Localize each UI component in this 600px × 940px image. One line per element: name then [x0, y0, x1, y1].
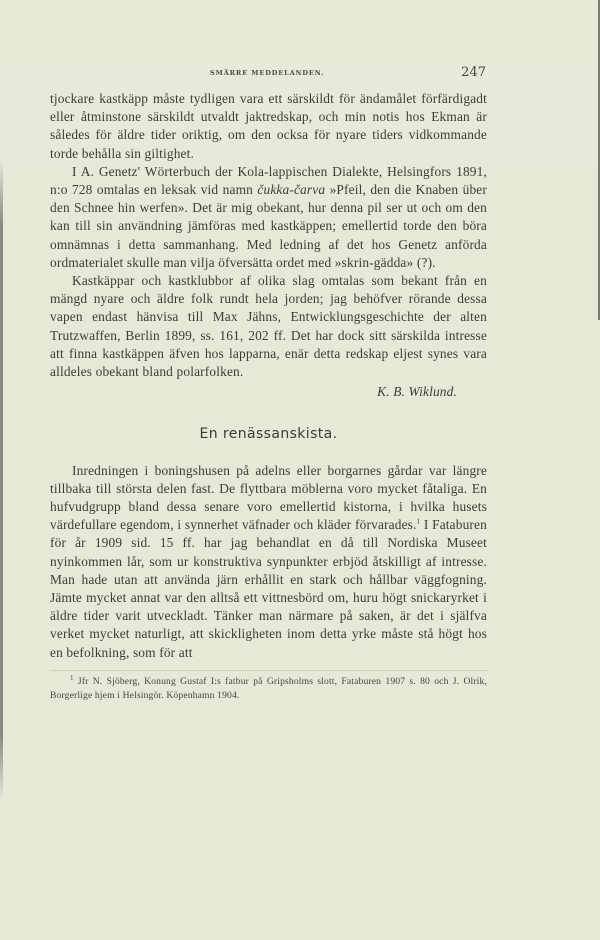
section-title: En renässanskista.	[50, 425, 487, 443]
author-signature: K. B. Wiklund.	[50, 383, 487, 401]
footnote-divider	[50, 670, 487, 671]
footnote-item: 1 Jfr N. Sjöberg, Konung Gustaf I:s fatb…	[50, 675, 487, 703]
footnotes: 1 Jfr N. Sjöberg, Konung Gustaf I:s fatb…	[50, 675, 487, 703]
italic-term: čukka-čarva	[257, 182, 325, 197]
paragraph-continuation: tjockare kastkäpp måste tydligen vara et…	[50, 90, 487, 163]
footnote-text: Jfr N. Sjöberg, Konung Gustaf I:s fatbur…	[50, 676, 487, 701]
paragraph-inredningen: Inredningen i boningshusen på adelns ell…	[50, 462, 487, 662]
running-head: SMÄRRE MEDDELANDEN.	[210, 69, 324, 77]
page-number: 247	[461, 65, 486, 80]
paragraph-genetz: I A. Genetz' Wörterbuch der Kola-lappisc…	[50, 163, 487, 272]
page-body: tjockare kastkäpp måste tydligen vara et…	[50, 90, 487, 703]
scanned-page: SMÄRRE MEDDELANDEN. 247 tjockare kastkäp…	[0, 0, 600, 940]
paragraph-kastkappar: Kastkäppar och kastklubbor af olika slag…	[50, 272, 487, 381]
page-edge-shadow-left	[0, 160, 3, 800]
paragraph-text: I Fataburen för år 1909 sid. 15 ff. har …	[50, 517, 487, 659]
page-header: SMÄRRE MEDDELANDEN. 247	[50, 68, 486, 82]
